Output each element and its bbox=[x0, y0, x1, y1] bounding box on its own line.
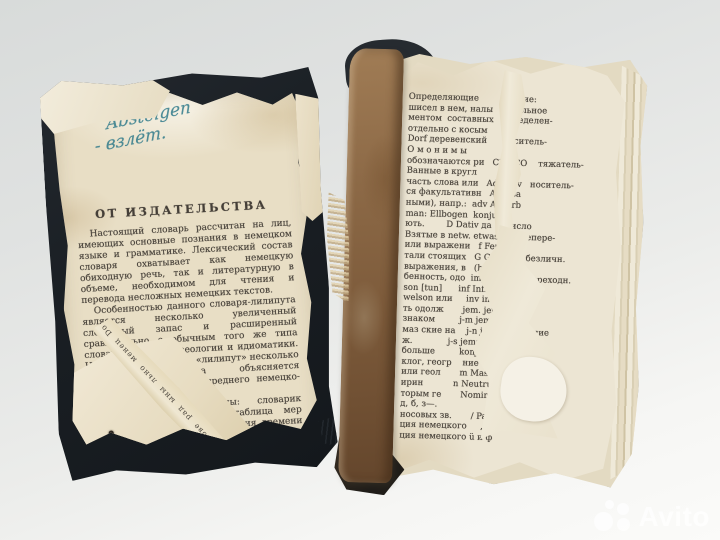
right-book: — 5 Определяющие мение:шисел в нем, налы… bbox=[330, 42, 648, 498]
logo-dot bbox=[617, 518, 630, 531]
right-book-page-block: — 5 Определяющие мение:шисел в нем, налы… bbox=[382, 53, 648, 488]
avito-logo-icon bbox=[594, 500, 632, 534]
worm-hole bbox=[109, 430, 114, 435]
left-book: Absteigen - взлёт. ОТ ИЗДАТЕЛЬСТВА Насто… bbox=[39, 67, 339, 482]
photo: { "colors": { "backdrop": "#e2e4e3", "le… bbox=[0, 0, 720, 540]
avito-watermark: Avito bbox=[594, 500, 710, 534]
paragraph: Настоящий словарь рассчитан на лиц, имею… bbox=[77, 218, 295, 307]
watermark-text: Avito bbox=[639, 501, 710, 533]
photo-scene: Absteigen - взлёт. ОТ ИЗДАТЕЛЬСТВА Насто… bbox=[0, 0, 720, 540]
logo-dot bbox=[594, 512, 613, 531]
logo-dot bbox=[617, 503, 629, 515]
left-book-page: Absteigen - взлёт. ОТ ИЗДАТЕЛЬСТВА Насто… bbox=[52, 85, 321, 448]
logo-dot bbox=[605, 500, 614, 509]
